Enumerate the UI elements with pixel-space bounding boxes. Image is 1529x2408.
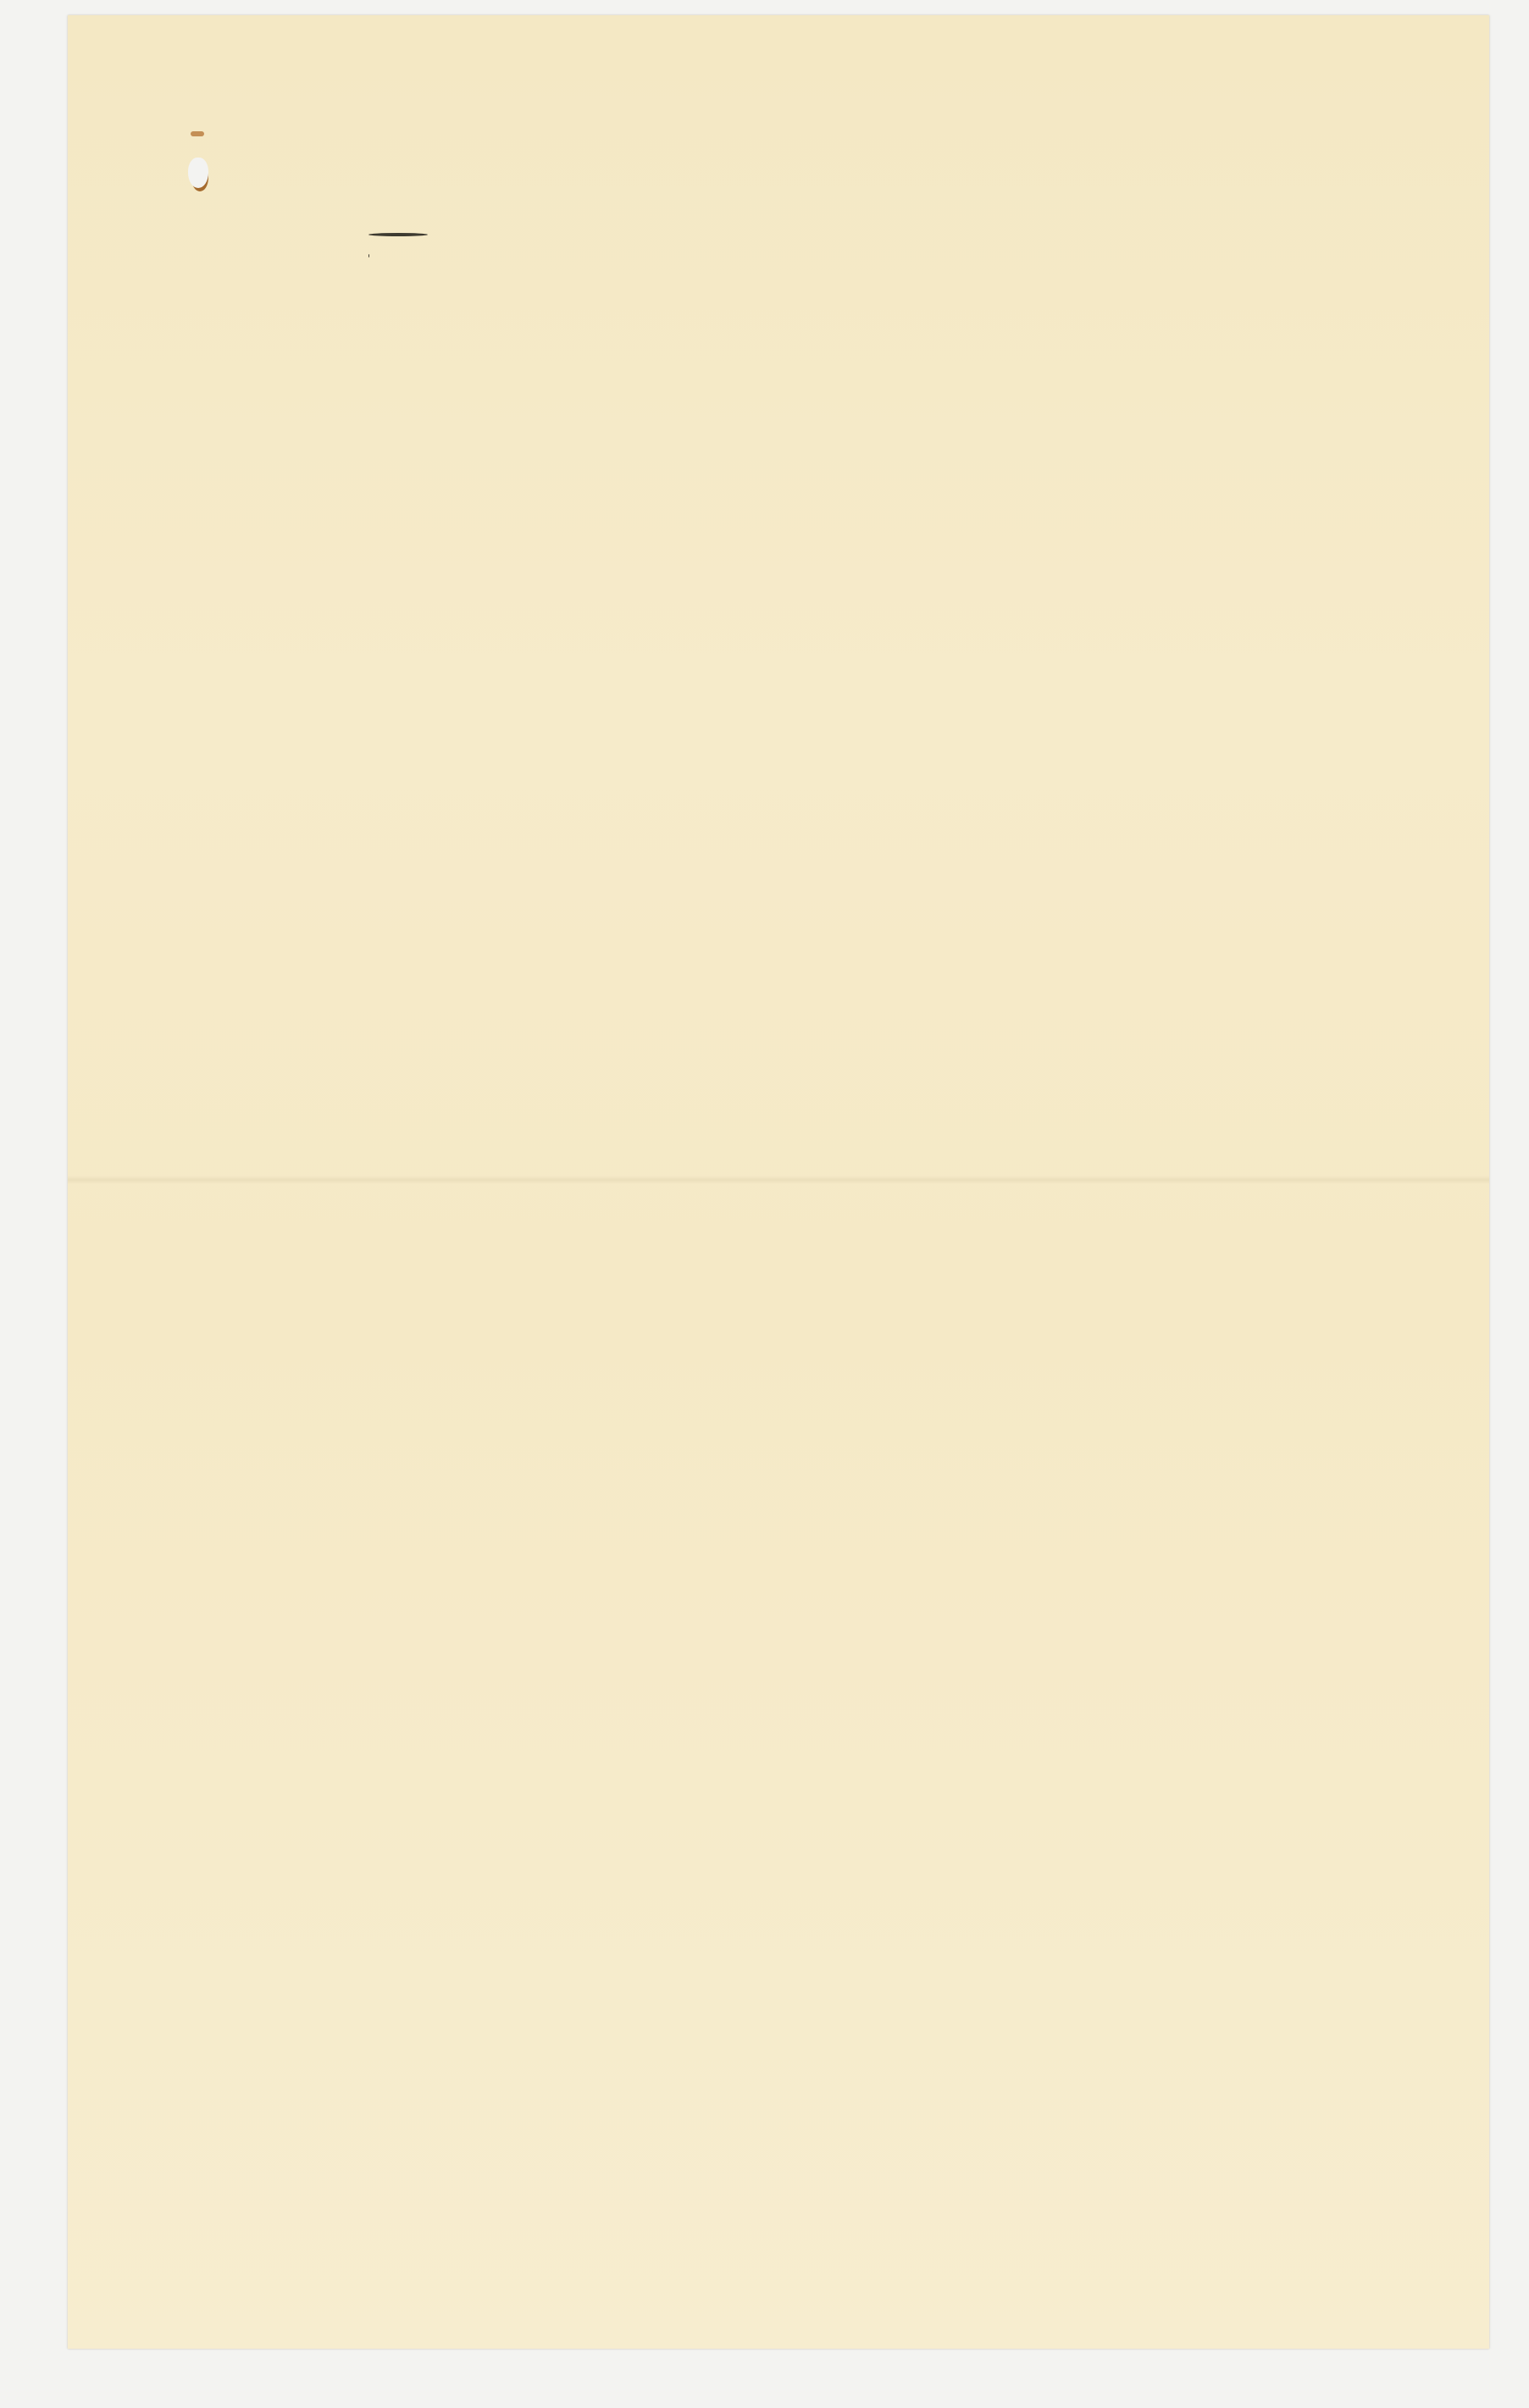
paper-fold bbox=[68, 1176, 1489, 1184]
punch-hole bbox=[188, 158, 208, 188]
underline-ignacy bbox=[368, 233, 428, 236]
underline-mark bbox=[368, 254, 369, 257]
document-page bbox=[68, 15, 1489, 2349]
rust-stain bbox=[191, 131, 204, 136]
